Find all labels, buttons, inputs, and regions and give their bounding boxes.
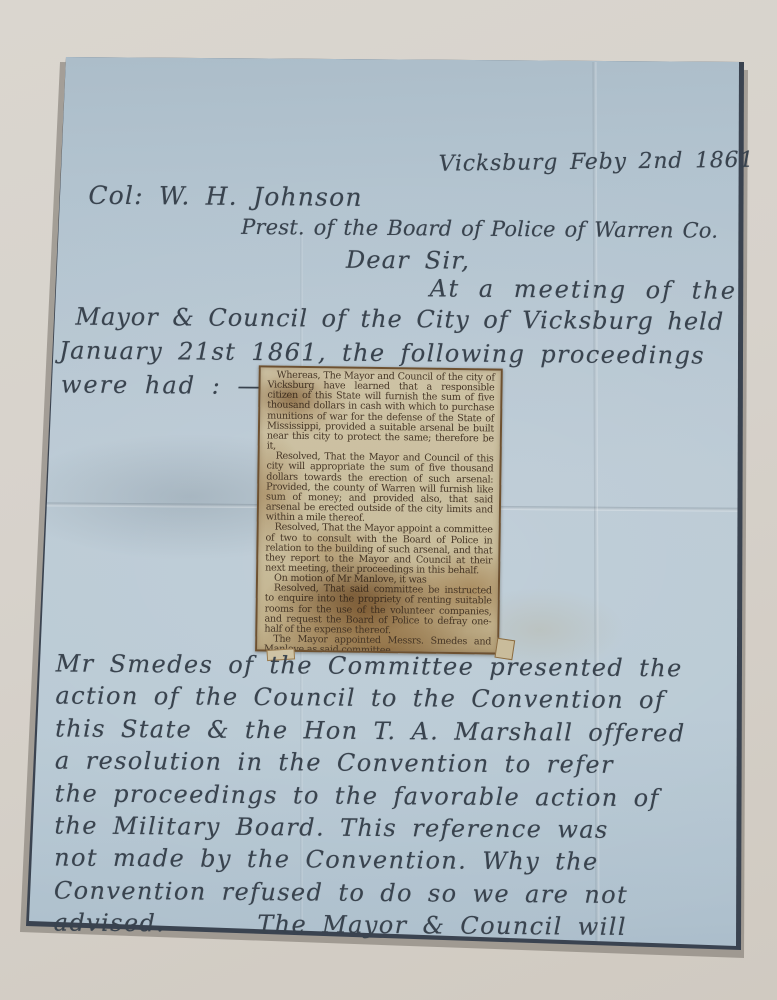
closing-line: the Military Board. This reference was bbox=[54, 811, 734, 849]
salutation-line: Dear Sir, bbox=[346, 246, 470, 275]
closing-line: action of the Council to the Convention … bbox=[55, 682, 735, 720]
closing-line: a resolution in the Convention to refer bbox=[55, 747, 735, 785]
closing-line-advised: advised. bbox=[54, 909, 166, 942]
closing-line: the proceedings to the favorable action … bbox=[55, 779, 735, 817]
newspaper-clipping: Whereas, The Mayor and Council of the ci… bbox=[255, 365, 503, 654]
opening-line: were had : — bbox=[61, 370, 264, 400]
clipping-paragraph-resolved-3: Resolved, That said committee be instruc… bbox=[264, 584, 492, 638]
recipient-line: Col: W. H. Johnson bbox=[88, 181, 363, 212]
closing-line: Mr Smedes of the Committee presented the bbox=[56, 649, 736, 687]
letter-content: Vicksburg Feby 2nd 1861 Col: W. H. Johns… bbox=[0, 0, 777, 1000]
closing-line: advised. The Mayor & Council will bbox=[54, 909, 734, 947]
clipping-paragraph-resolved-2: Resolved, That the Mayor appoint a commi… bbox=[265, 523, 493, 577]
closing-handwritten-block: Mr Smedes of the Committee presented the… bbox=[54, 649, 736, 946]
clipping-paragraph-whereas: Whereas, The Mayor and Council of the ci… bbox=[267, 371, 495, 455]
closing-line: this State & the Hon T. A. Marshall offe… bbox=[55, 714, 735, 752]
opening-line: January 21st 1861, the following proceed… bbox=[59, 336, 705, 369]
clipping-paragraph-resolved-1: Resolved, That the Mayor and Council of … bbox=[266, 452, 494, 526]
photograph-of-letter: Vicksburg Feby 2nd 1861 Col: W. H. Johns… bbox=[0, 0, 777, 1000]
recipient-title-line: Prest. of the Board of Police of Warren … bbox=[241, 215, 718, 243]
closing-line: Convention refused to do so we are not bbox=[54, 876, 734, 914]
opening-line: At a meeting of the bbox=[430, 274, 738, 304]
closing-line: not made by the Convention. Why the bbox=[54, 844, 734, 882]
clipping-text: Whereas, The Mayor and Council of the ci… bbox=[264, 371, 495, 651]
closing-line-final: The Mayor & Council will bbox=[257, 910, 627, 945]
opening-line: Mayor & Council of the City of Vicksburg… bbox=[75, 303, 724, 336]
date-line: Vicksburg Feby 2nd 1861 bbox=[439, 148, 755, 177]
